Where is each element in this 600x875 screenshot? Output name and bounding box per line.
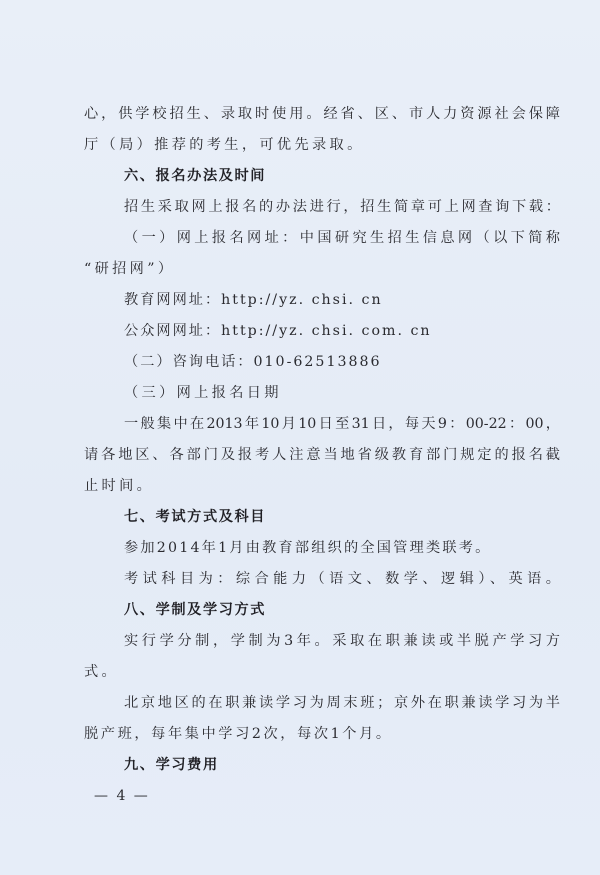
public-url-line: 公众网网址：http://yz. chsi. com. cn — [124, 321, 560, 341]
paragraph-line: 北京地区的在职兼读学习为周末班；京外在职兼读学习为半 — [124, 693, 560, 713]
paragraph-line: 参加2014年1月由教育部组织的全国管理类联考。 — [124, 538, 560, 558]
section-heading-9: 九、学习费用 — [124, 755, 560, 775]
document-page: 心，供学校招生、录取时使用。经省、区、市人力资源社会保障 厅（局）推荐的考生，可… — [0, 0, 600, 875]
paragraph-line: 招生采取网上报名的办法进行，招生简章可上网查询下载： — [124, 197, 560, 217]
edu-url-line: 教育网网址：http://yz. chsi. cn — [124, 290, 560, 310]
paragraph-line: 一般集中在2013年10月10日至31日，每天9：00-22：00， — [124, 414, 560, 434]
paragraph-line: （一）网上报名网址：中国研究生招生信息网（以下简称 — [124, 228, 560, 248]
paragraph-line: 心，供学校招生、录取时使用。经省、区、市人力资源社会保障 — [84, 104, 560, 124]
section-heading-8: 八、学制及学习方式 — [124, 600, 560, 620]
paragraph-line: 式。 — [84, 662, 560, 682]
section-heading-6: 六、报名办法及时间 — [124, 166, 560, 186]
paragraph-line: 止时间。 — [84, 476, 560, 496]
paragraph-line: “研招网”） — [84, 259, 560, 279]
page-number: — 4 — — [94, 786, 150, 806]
paragraph-line: （三）网上报名日期 — [124, 383, 560, 403]
paragraph-line: 考试科目为：综合能力（语文、数学、逻辑）、英语。 — [124, 569, 560, 589]
phone-line: （二）咨询电话：010-62513886 — [124, 352, 560, 372]
paragraph-line: 实行学分制，学制为3年。采取在职兼读或半脱产学习方 — [124, 631, 560, 651]
paragraph-line: 脱产班，每年集中学习2次，每次1个月。 — [84, 724, 560, 744]
paragraph-line: 请各地区、各部门及报考人注意当地省级教育部门规定的报名截 — [84, 445, 560, 465]
section-heading-7: 七、考试方式及科目 — [124, 507, 560, 527]
paragraph-line: 厅（局）推荐的考生，可优先录取。 — [84, 135, 560, 155]
